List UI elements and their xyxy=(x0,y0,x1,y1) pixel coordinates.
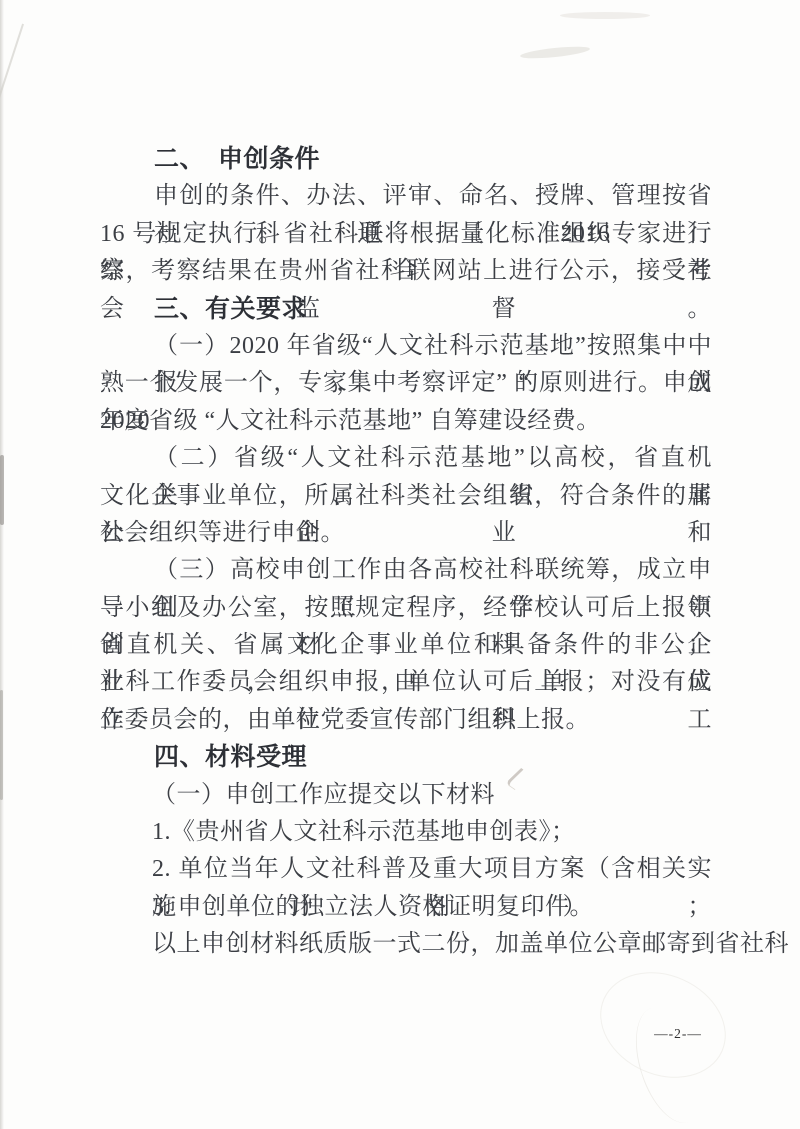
scan-edge-mark xyxy=(0,455,4,525)
body-line: 导小组及办公室，按照规定程序，经学校认可后上报申创材料； xyxy=(100,590,712,627)
page-number: —-2-— xyxy=(648,1026,708,1042)
scan-smudge xyxy=(560,12,650,19)
body-line: （一）2020 年省级“人文社科示范基地”按照集中中报，“成 xyxy=(100,328,712,365)
scan-edge-mark xyxy=(0,690,3,800)
body-line: 以上申创材料纸质版一式二份，加盖单位公章邮寄到省社科 xyxy=(100,926,712,963)
body-line: 年度省级 “人文社科示范基地” 自筹建设经费。 xyxy=(100,403,712,440)
body-line: （二）省级“人文社科示范基地”以高校，省直机关、省属 xyxy=(100,440,712,477)
body-line: 察，考察结果在贵州省社科联网站上进行公示，接受社会监督。 xyxy=(100,253,712,290)
section-heading: 四、材料受理 xyxy=(100,739,712,776)
body-line: 文化企事业单位，所属社科类社会组织，符合条件的非公企业和 xyxy=(100,478,712,515)
scan-edge-shadow xyxy=(0,0,4,1129)
body-line: 申创的条件、办法、评审、命名、授牌、管理按省社科通〔2016〕 xyxy=(100,178,712,215)
list-item: 1.《贵州省人文社科示范基地申创表》； xyxy=(100,814,712,851)
body-line: 16 号规定执行。省社科联将根据量化标准组织专家进行综合考 xyxy=(100,216,712,253)
body-line: 省直机关、省属文化企事业单位和具备条件的非公企业，由单位 xyxy=(100,627,712,664)
sub-heading: （一）申创工作应提交以下材料 xyxy=(100,777,712,814)
scan-smudge xyxy=(520,44,591,60)
body-line: 熟一个发展一个，专家集中考察评定” 的原则进行。申创 2020 xyxy=(100,365,712,402)
scanned-page: 二、 申创条件 申创的条件、办法、评审、命名、授牌、管理按省社科通〔2016〕 … xyxy=(0,0,800,1129)
body-line: 社科工作委员会组织申报，单位认可后上报；对没有成立社科工 xyxy=(100,664,712,701)
body-line: （三）高校申创工作由各高校社科联统筹，成立申创工作领 xyxy=(100,552,712,589)
list-item: 2. 单位当年人文社科普及重大项目方案（含相关实施计划）； xyxy=(100,851,712,888)
document-body: 二、 申创条件 申创的条件、办法、评审、命名、授牌、管理按省社科通〔2016〕 … xyxy=(100,141,712,964)
section-heading: 二、 申创条件 xyxy=(100,141,712,178)
